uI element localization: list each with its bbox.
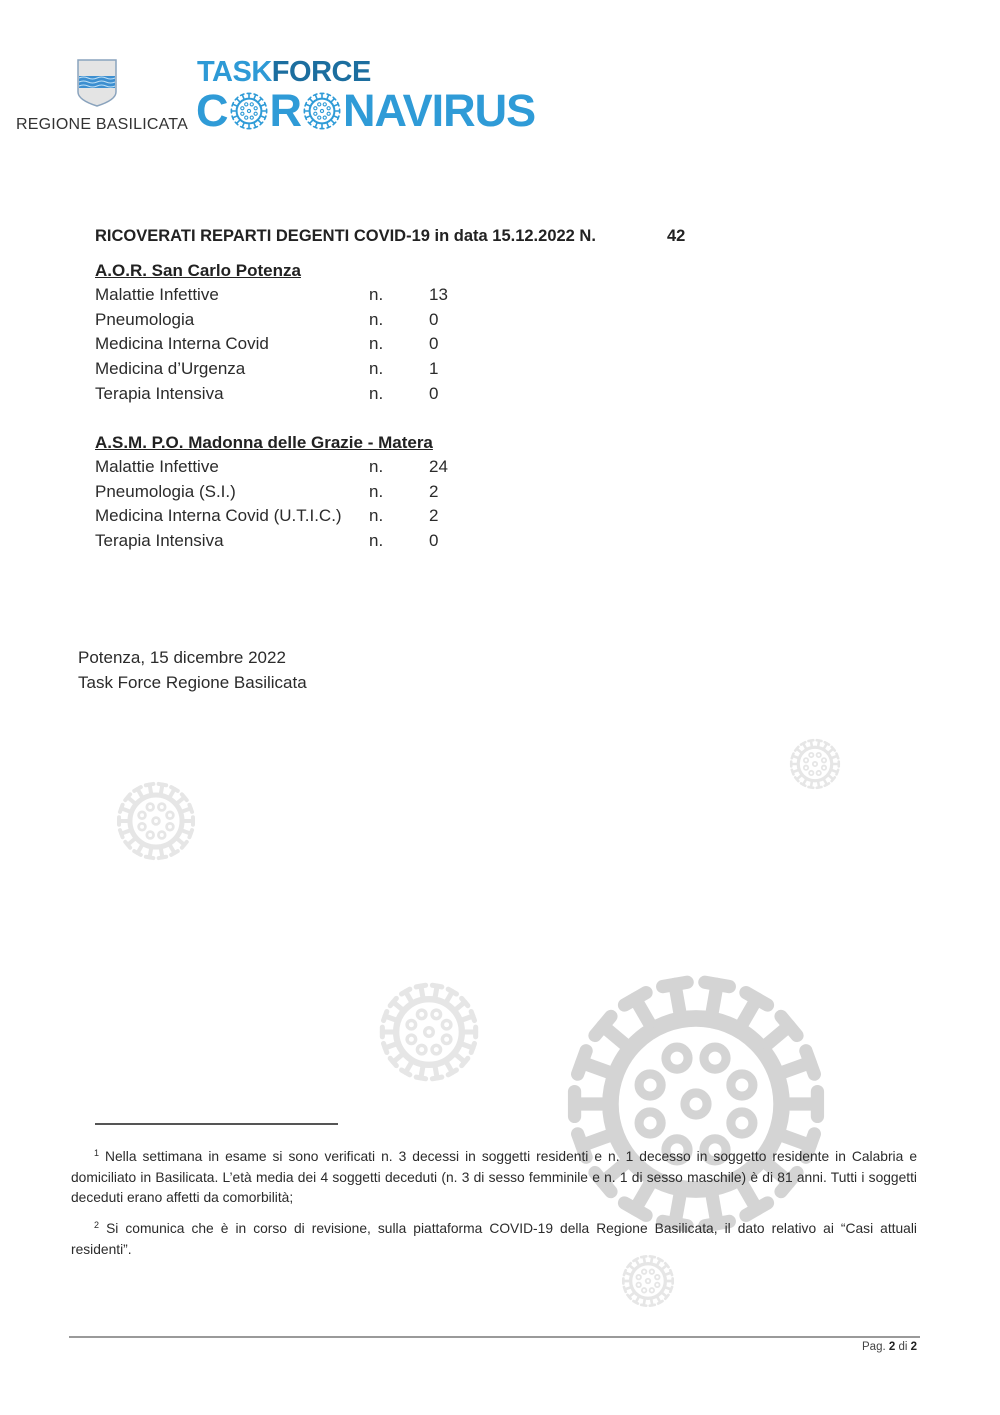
ward-label: Medicina Interna Covid: [95, 332, 269, 357]
ward-row: Medicina Interna Covidn.0: [95, 332, 515, 357]
hospital-name: A.S.M. P.O. Madonna delle Grazie - Mater…: [95, 430, 515, 455]
footnote: 1 Nella settimana in esame si sono verif…: [71, 1143, 917, 1209]
region-name: REGIONE BASILICATA: [16, 116, 188, 134]
logo-task: TASK: [197, 56, 272, 88]
ward-prefix: n.: [369, 308, 383, 333]
ward-prefix: n.: [369, 283, 383, 308]
ward-prefix: n.: [369, 480, 383, 505]
signature-author: Task Force Regione Basilicata: [78, 670, 307, 695]
page-footer-rule: [69, 1336, 920, 1338]
footnote-mark: 2: [94, 1220, 99, 1230]
region-crest-logo: [76, 58, 118, 108]
report-title: RICOVERATI REPARTI DEGENTI COVID-19 in d…: [95, 227, 596, 246]
ward-row: Medicina Interna Covid (U.T.I.C.)n.2: [95, 504, 515, 529]
footnote: 2 Si comunica che è in corso di revision…: [71, 1215, 917, 1260]
ward-row: Malattie Infettiven.24: [95, 455, 515, 480]
ward-label: Pneumologia: [95, 308, 194, 333]
ward-value: 0: [429, 382, 438, 407]
ward-row: Terapia Intensivan.0: [95, 382, 515, 407]
ward-label: Terapia Intensiva: [95, 529, 224, 554]
ward-label: Pneumologia (S.I.): [95, 480, 236, 505]
coronavirus-logo-text: C R NAVIRUS: [196, 88, 535, 134]
ward-value: 2: [429, 504, 438, 529]
report-total: 42: [667, 227, 685, 246]
ward-label: Malattie Infettive: [95, 455, 219, 480]
ward-label: Medicina Interna Covid (U.T.I.C.): [95, 504, 342, 529]
ward-row: Malattie Infettiven.13: [95, 283, 515, 308]
footnote-separator: [95, 1123, 338, 1125]
ward-prefix: n.: [369, 382, 383, 407]
ward-label: Malattie Infettive: [95, 283, 219, 308]
ward-label: Terapia Intensiva: [95, 382, 224, 407]
hospital-section: A.O.R. San Carlo Potenza Malattie Infett…: [95, 258, 515, 406]
signature-block: Potenza, 15 dicembre 2022 Task Force Reg…: [78, 645, 307, 695]
ward-value: 13: [429, 283, 448, 308]
page-prefix: Pag.: [862, 1341, 886, 1353]
ward-prefix: n.: [369, 357, 383, 382]
logo-force: FORCE: [272, 56, 371, 88]
logo-letter-r: R: [270, 88, 302, 134]
ward-value: 1: [429, 357, 438, 382]
virus-watermark-icon: [620, 1253, 676, 1309]
page-current: 2: [889, 1341, 895, 1353]
hospital-section: A.S.M. P.O. Madonna delle Grazie - Mater…: [95, 430, 515, 554]
ward-row: Medicina d’Urgenzan.1: [95, 357, 515, 382]
taskforce-logo-text: TASKFORCE: [197, 55, 371, 89]
ward-value: 24: [429, 455, 448, 480]
virus-icon: [229, 91, 269, 131]
ward-row: Pneumologia (S.I.)n.2: [95, 480, 515, 505]
logo-letter-c: C: [196, 88, 228, 134]
ward-prefix: n.: [369, 455, 383, 480]
ward-row: Terapia Intensivan.0: [95, 529, 515, 554]
ward-prefix: n.: [369, 504, 383, 529]
virus-watermark-icon: [788, 737, 842, 791]
ward-prefix: n.: [369, 332, 383, 357]
logo-letters-navirus: NAVIRUS: [343, 88, 535, 134]
virus-watermark-icon: [114, 779, 198, 863]
footnote-text: Nella settimana in esame si sono verific…: [71, 1149, 917, 1205]
footnote-mark: 1: [94, 1148, 99, 1158]
place-date: Potenza, 15 dicembre 2022: [78, 645, 307, 670]
ward-value: 0: [429, 308, 438, 333]
virus-watermark-icon: [376, 979, 482, 1085]
ward-value: 2: [429, 480, 438, 505]
page-number: Pag. 2 di 2: [862, 1341, 917, 1353]
page-total: 2: [911, 1341, 917, 1353]
ward-value: 0: [429, 332, 438, 357]
footnote-text: Si comunica che è in corso di revisione,…: [71, 1221, 917, 1257]
ward-row: Pneumologian.0: [95, 308, 515, 333]
virus-icon: [302, 91, 342, 131]
page-separator: di: [898, 1341, 907, 1353]
ward-label: Medicina d’Urgenza: [95, 357, 245, 382]
hospital-name: A.O.R. San Carlo Potenza: [95, 258, 515, 283]
ward-prefix: n.: [369, 529, 383, 554]
ward-value: 0: [429, 529, 438, 554]
